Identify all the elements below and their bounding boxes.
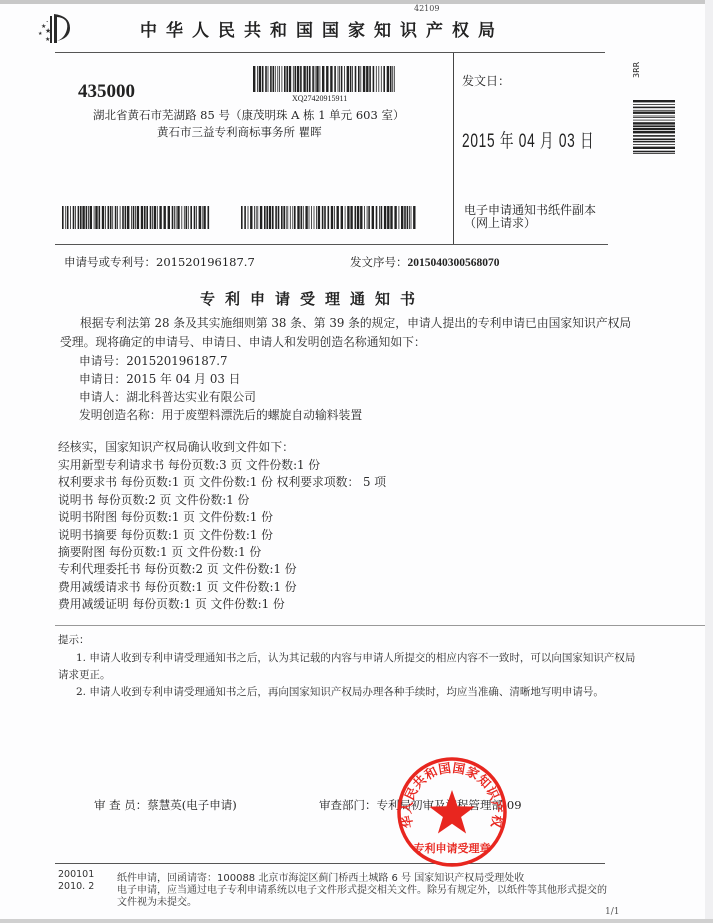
notice-paragraph-line-2: 受理。现将确定的申请号、申请日、申请人和发明创造名称通知如下： [60, 333, 426, 350]
tips-label: 提示： [58, 632, 90, 647]
svg-text:★: ★ [38, 31, 43, 37]
field-label: 发明创造名称： [79, 408, 162, 422]
sequence-number-line: 发文序号：2015040300568070 [350, 254, 500, 270]
received-file-item: 说明书 每份页数:2 页 文件份数:1 份 [58, 491, 249, 508]
column-divider [453, 53, 454, 245]
footer-rule [55, 863, 605, 864]
form-code: 200101 [58, 869, 94, 880]
barcode-right [241, 206, 418, 229]
field-value: 201520196187.7 [126, 354, 227, 368]
side-barcode [633, 100, 675, 154]
header-rule [55, 52, 605, 53]
postcode: 435000 [78, 81, 135, 103]
received-file-item: 专利代理委托书 每份页数:2 页 文件份数:1 份 [58, 560, 297, 577]
field-label: 申请日： [79, 372, 126, 386]
examiner: 审 查 员：蔡慧英(电子申请) [94, 797, 237, 813]
field-invention-title: 发明创造名称：用于废塑料漂洗后的螺旋自动输料装置 [79, 406, 362, 423]
address-line-2: 黄石市三益专利商标事务所 瞿晖 [157, 124, 322, 140]
sequence-number-value: 2015040300568070 [408, 257, 500, 269]
received-file-item: 费用减缓请求书 每份页数:1 页 文件份数:1 份 [58, 578, 297, 595]
numbers-rule [55, 244, 608, 245]
svg-text:★: ★ [45, 27, 51, 35]
svg-text:专利申请受理章: 专利申请受理章 [414, 841, 491, 855]
office-title: 中华人民共和国国家知识产权局 [140, 16, 504, 41]
field-value: 2015 年 04 月 03 日 [126, 372, 240, 386]
sequence-number-label: 发文序号： [350, 255, 408, 269]
received-file-item: 说明书附图 每份页数:1 页 文件份数:1 份 [58, 508, 273, 525]
document-page: 42109 ★ ★ ★ ★ • 中华人民共和国国家知识产权局 435000 XQ… [0, 0, 713, 923]
tracking-barcode-label: XQ27420915911 [292, 94, 347, 103]
application-number-value: 201520196187.7 [156, 255, 255, 269]
tip-1-line-1: 1. 申请人收到专利申请受理通知书之后，认为其记载的内容与申请人所提交的相应内容… [76, 650, 635, 665]
received-file-item: 说明书摘要 每份页数:1 页 文件份数:1 份 [58, 526, 273, 543]
field-label: 申请号： [79, 354, 126, 368]
footer-line-3: 文件视为未提交。 [117, 893, 197, 908]
received-file-item: 实用新型专利请求书 每份页数:3 页 文件份数:1 份 [58, 456, 320, 473]
issue-date: 2015 年 04 月 03 日 [462, 126, 594, 153]
page-number: 1/1 [605, 907, 619, 917]
tip-1-line-2: 请求更正。 [58, 667, 111, 682]
notice-paragraph-line-1: 根据专利法第 28 条及其实施细则第 38 条、第 39 条的规定，申请人提出的… [80, 314, 631, 331]
side-code: 3RR [632, 62, 641, 78]
field-applicant: 申请人：湖北科普达实业有限公司 [79, 388, 256, 405]
application-number-label: 申请号或专利号： [64, 255, 156, 269]
received-file-item: 摘要附图 每份页数:1 页 文件份数:1 份 [58, 543, 261, 560]
scan-top-edge [0, 0, 713, 4]
scan-bottom-edge [0, 919, 713, 923]
tip-2: 2. 申请人收到专利申请受理通知书之后，再向国家知识产权局办理各种手续时，均应当… [76, 684, 604, 699]
tracking-barcode [253, 66, 396, 92]
sipo-logo-icon: ★ ★ ★ ★ • [36, 11, 76, 45]
scan-right-edge [705, 0, 713, 923]
received-file-item: 权利要求书 每份页数:1 页 文件份数:1 份 权利要求项数： 5 项 [58, 473, 386, 490]
document-number: 42109 [414, 4, 439, 13]
copy-note: 电子申请通知书纸件副本（网上请求） [464, 204, 614, 230]
barcode-left [62, 206, 210, 229]
address-line-1: 湖北省黄石市芜湖路 85 号（康茂明珠 A 栋 1 单元 603 室） [93, 107, 404, 123]
tips-rule [55, 625, 705, 626]
field-label: 申请人： [79, 390, 126, 404]
field-value: 用于废塑料漂洗后的螺旋自动输料装置 [162, 408, 363, 422]
field-application-number: 申请号：201520196187.7 [79, 352, 228, 369]
svg-text:★: ★ [45, 36, 50, 43]
svg-text:•: • [46, 19, 48, 24]
application-number-line: 申请号或专利号：201520196187.7 [64, 254, 255, 270]
form-version: 2010. 2 [58, 881, 94, 892]
field-value: 湖北科普达实业有限公司 [126, 390, 256, 404]
received-files-intro: 经核实，国家知识产权局确认收到文件如下： [58, 438, 294, 455]
official-seal-icon: 中华人民共和国国家知识产权局 专利申请受理章 [396, 756, 508, 868]
issue-date-label: 发文日： [462, 72, 510, 89]
notice-title: 专利申请受理通知书 [200, 288, 425, 309]
received-file-item: 费用减缓证明 每份页数:1 页 文件份数:1 份 [58, 595, 285, 612]
field-application-date: 申请日：2015 年 04 月 03 日 [79, 370, 240, 387]
